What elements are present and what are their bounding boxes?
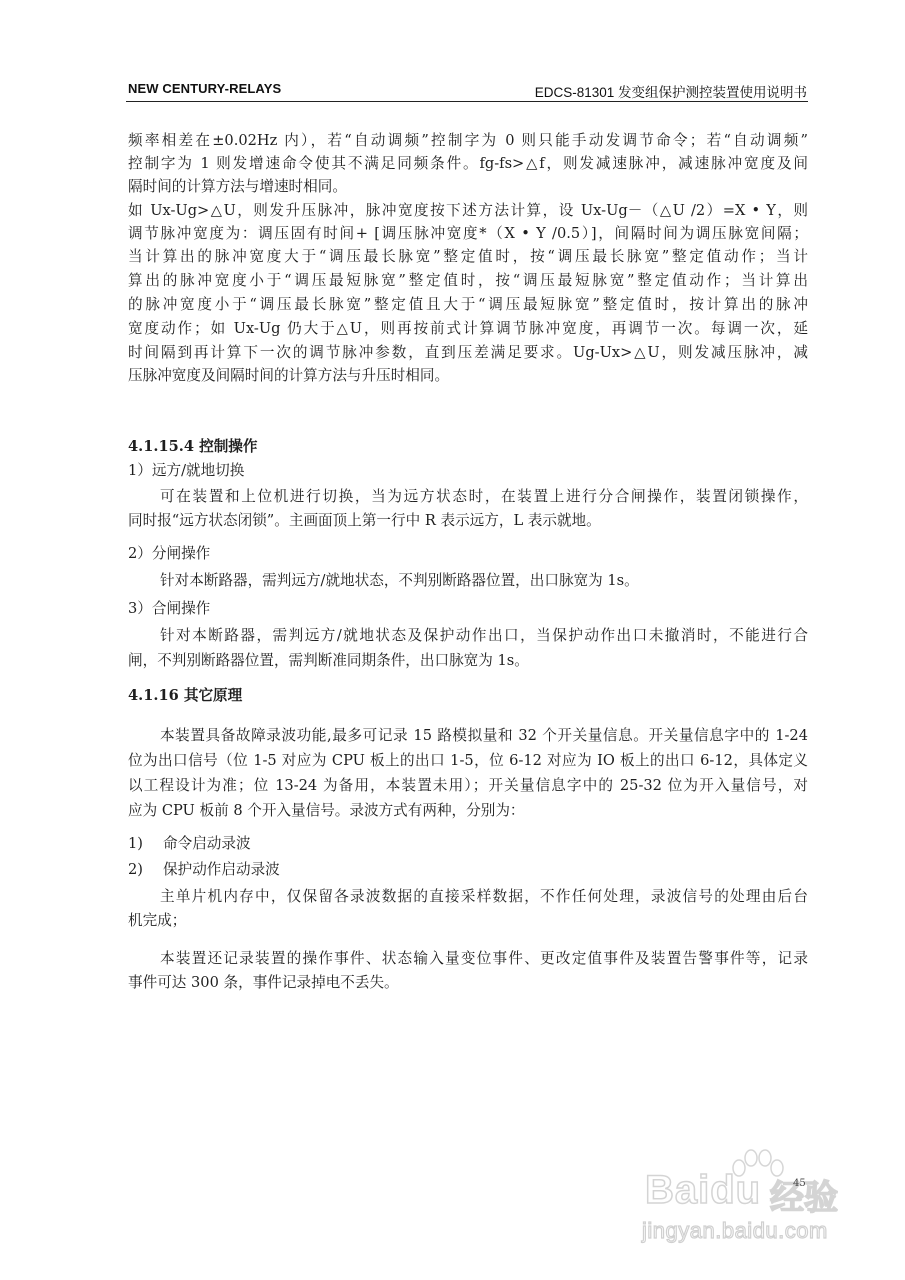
list-title: 分闸操作 [152,545,210,562]
list-item-heading: 3）合闸操作 [128,599,210,619]
body-line: 机完成； [128,911,186,931]
list-item: 1)命令启动录波 [128,834,251,854]
header-rule [126,101,808,102]
body-line: 时间隔到再计算下一次的调节脉冲参数，直到压差满足要求。Ug-Ux>△U，则发减压… [128,343,808,363]
body-line: 的脉冲宽度小于“调压最长脉宽”整定值且大于“调压最短脉宽”整定值时，按计算出的脉… [128,295,808,315]
body-line: 宽度动作；如 Ux-Ug 仍大于△U，则再按前式计算调节脉冲宽度，再调节一次。每… [128,319,808,339]
section-heading: 4.1.15.4 控制操作 [128,437,257,457]
body-line: 本装置具备故障录波功能,最多可记录 15 路模拟量和 32 个开关量信息。开关量… [160,726,808,746]
baidu-watermark: Baidu 经验 jingyan.baidu.com [640,1148,860,1248]
header-doc-title: EDCS-81301 发变组保护测控装置使用说明书 [535,81,807,101]
list-title: 远方/就地切换 [152,462,244,479]
body-line: 位为出口信号（位 1-5 对应为 CPU 板上的出口 1-5，位 6-12 对应… [128,751,808,771]
list-item-heading: 1）远方/就地切换 [128,461,244,481]
body-line: 闸，不判别断路器位置，需判断准同期条件，出口脉宽为 1s。 [128,651,529,671]
list-item-heading: 2）分闸操作 [128,544,210,564]
body-line: 应为 CPU 板前 8 个开入量信号。录波方式有两种，分别为： [128,801,525,821]
body-line: 针对本断路器，需判远方/就地状态，不判别断路器位置，出口脉宽为 1s。 [160,571,639,591]
body-line: 以工程设计为准；位 13-24 为备用，本装置未用）；开关量信息字中的 25-3… [128,776,808,796]
paw-icon [725,1148,785,1188]
list-text: 保护动作启动录波 [163,861,280,878]
body-line: 当计算出的脉冲宽度大于“调压最长脉宽”整定值时，按“调压最长脉宽”整定值动作；当… [128,247,808,267]
list-item: 2)保护动作启动录波 [128,860,280,880]
list-number: 1） [128,461,152,481]
body-line: 主单片机内存中，仅保留各录波数据的直接采样数据，不作任何处理，录波信号的处理由后… [160,887,808,907]
page-number: 45 [793,1178,806,1189]
section-heading: 4.1.16 其它原理 [128,686,242,706]
document-page: NEW CENTURY-RELAYS EDCS-81301 发变组保护测控装置使… [0,0,905,1280]
body-line: 事件可达 300 条，事件记录掉电不丢失。 [128,973,399,993]
list-title: 合闸操作 [152,600,210,617]
watermark-url: jingyan.baidu.com [642,1218,828,1244]
body-line: 算出的脉冲宽度小于“调压最短脉宽”整定值时，按“调压最短脉宽”整定值动作；当计算… [128,271,808,291]
body-line: 控制字为 1 则发增速命令使其不满足同频条件。fg-fs>△f，则发减速脉冲，减… [128,154,808,174]
body-line: 频率相差在±0.02Hz 内），若“自动调频”控制字为 0 则只能手动发调节命令… [128,131,808,151]
watermark-brand: Baidu [645,1168,761,1213]
body-line: 压脉冲宽度及间隔时间的计算方法与升压时相同。 [128,366,449,386]
list-number: 2) [128,860,163,880]
list-number: 1) [128,834,163,854]
body-line: 隔时间的计算方法与增速时相同。 [128,177,347,197]
list-number: 3） [128,599,152,619]
list-text: 命令启动录波 [163,835,251,852]
list-number: 2） [128,544,152,564]
body-line: 针对本断路器，需判远方/就地状态及保护动作出口，当保护动作出口未撤消时，不能进行… [160,626,808,646]
body-line: 同时报“远方状态闭锁”。主画面顶上第一行中 R 表示远方，L 表示就地。 [128,511,601,531]
body-line: 如 Ux-Ug>△U，则发升压脉冲，脉冲宽度按下述方法计算，设 Ux-Ug－（△… [128,201,808,221]
body-line: 调节脉冲宽度为：调压固有时间+ [调压脉冲宽度*（X • Y /0.5）]，间隔… [128,224,808,244]
body-line: 可在装置和上位机进行切换，当为远方状态时，在装置上进行分合闸操作，装置闭锁操作， [160,487,808,507]
header-company: NEW CENTURY-RELAYS [128,81,281,96]
body-line: 本装置还记录装置的操作事件、状态输入量变位事件、更改定值事件及装置告警事件等，记… [160,949,808,969]
